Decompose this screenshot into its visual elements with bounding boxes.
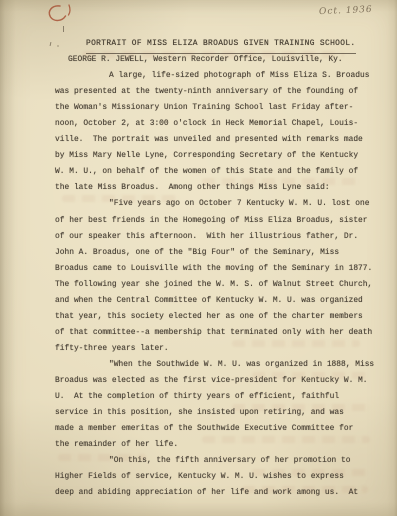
typed-line: that year, this society elected her as o… bbox=[0, 309, 397, 325]
typed-line: deep and abiding appreciation of her lif… bbox=[0, 485, 397, 501]
typed-line: A large, life-sized photograph of Miss E… bbox=[0, 68, 397, 84]
red-pencil-mark bbox=[45, 2, 79, 26]
page-title: PORTRAIT OF MISS ELIZA BROADUS GIVEN TRA… bbox=[0, 36, 397, 52]
typed-line: of that committee--a membership that ter… bbox=[0, 325, 397, 341]
typed-line: of our speaker this afternoon. With her … bbox=[0, 229, 397, 245]
typed-line: the Woman's Missionary Union Training Sc… bbox=[0, 100, 397, 116]
typed-line: was presented at the twenty-ninth annive… bbox=[0, 84, 397, 100]
typed-line: of her best friends in the Homegoing of … bbox=[0, 213, 397, 229]
typed-line: the remainder of her life. bbox=[0, 437, 397, 453]
typed-line: "When the Southwide W. M. U. was organiz… bbox=[0, 357, 397, 373]
byline: GEORGE R. JEWELL, Western Recorder Offic… bbox=[0, 52, 397, 68]
typed-line: The following year she joined the W. M. … bbox=[0, 277, 397, 293]
typed-line: made a member emeritas of the Southwide … bbox=[0, 421, 397, 437]
typed-line: by Miss Mary Nelle Lyne, Corresponding S… bbox=[0, 148, 397, 164]
typed-line: noon, October 2, at 3:00 o'clock in Heck… bbox=[0, 116, 397, 132]
typed-line: Higher Fields of service, Kentucky W. M.… bbox=[0, 469, 397, 485]
typed-line: "On this, the fifth anniversary of her p… bbox=[0, 453, 397, 469]
typed-text-block: PORTRAIT OF MISS ELIZA BROADUS GIVEN TRA… bbox=[0, 36, 397, 501]
pencil-tick-icon bbox=[63, 26, 64, 32]
typed-line: ville. The portrait was unveiled and pre… bbox=[0, 132, 397, 148]
scanned-page: Oct. 1936 PORTRAIT OF MISS ELIZA BROADUS… bbox=[0, 0, 397, 516]
typed-line: and when the Central Committee of Kentuc… bbox=[0, 293, 397, 309]
typed-line: W. M. U., on behalf of the women of this… bbox=[0, 164, 397, 180]
typed-line: service in this position, she insisted u… bbox=[0, 405, 397, 421]
typed-line: "Five years ago on October 7 Kentucky W.… bbox=[0, 196, 397, 212]
handwritten-date: Oct. 1936 bbox=[319, 5, 373, 17]
typed-line: John A. Broadus, one of the "Big Four" o… bbox=[0, 245, 397, 261]
typed-line: fifty-three years later. bbox=[0, 341, 397, 357]
body-lines: A large, life-sized photograph of Miss E… bbox=[0, 68, 397, 501]
typed-line: the late Miss Broadus. Among other thing… bbox=[0, 180, 397, 196]
typed-line: Broadus came to Louisville with the movi… bbox=[0, 261, 397, 277]
page-title-text: PORTRAIT OF MISS ELIZA BROADUS GIVEN TRA… bbox=[86, 36, 356, 54]
typed-line: Broadus was elected as the first vice-pr… bbox=[0, 373, 397, 389]
typed-line: U. At the completion of thirty years of … bbox=[0, 389, 397, 405]
